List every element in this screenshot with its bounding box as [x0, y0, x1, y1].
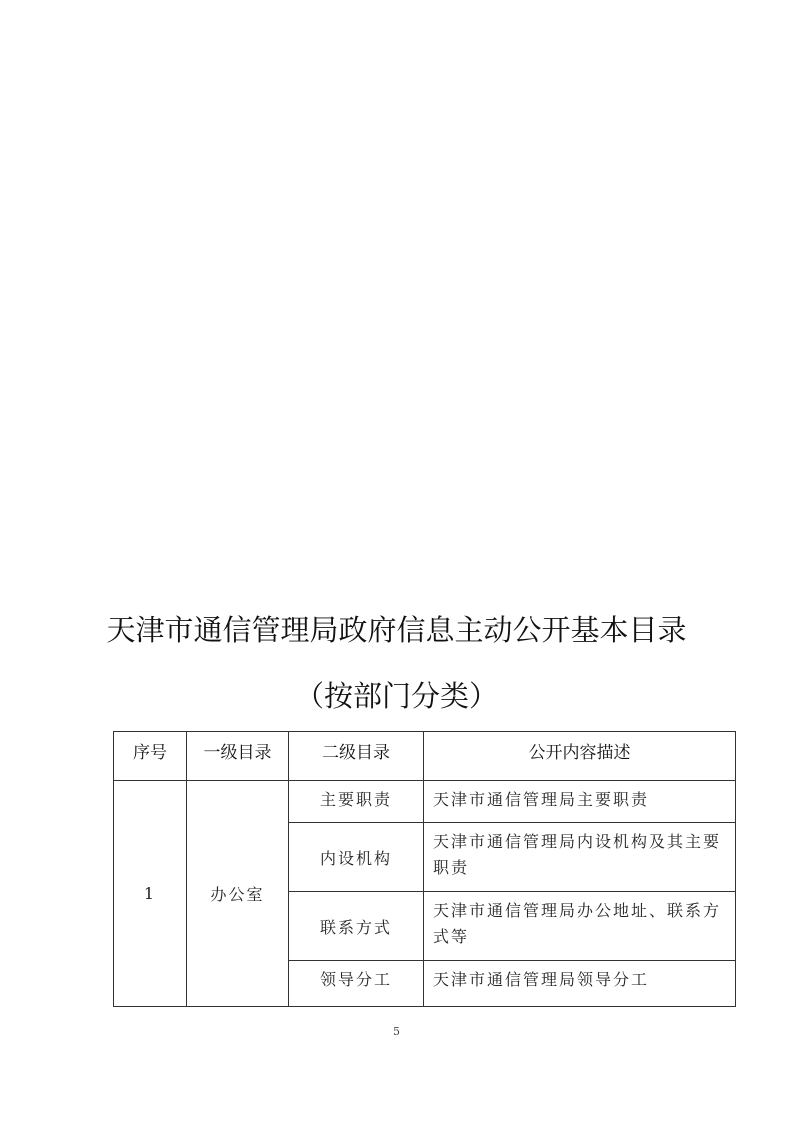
header-description: 公开内容描述	[424, 732, 736, 781]
header-level1: 一级目录	[187, 732, 289, 781]
row-description: 天津市通信管理局办公地址、联系方式等	[424, 892, 736, 961]
header-index: 序号	[114, 732, 187, 781]
row-index: 1	[114, 781, 187, 1007]
row-level2: 领导分工	[289, 961, 424, 1007]
header-level2: 二级目录	[289, 732, 424, 781]
row-description: 天津市通信管理局内设机构及其主要职责	[424, 823, 736, 892]
row-level1: 办公室	[187, 781, 289, 1007]
row-description: 天津市通信管理局主要职责	[424, 781, 736, 823]
row-level2: 联系方式	[289, 892, 424, 961]
document-title: 天津市通信管理局政府信息主动公开基本目录	[0, 608, 793, 649]
catalog-table: 序号 一级目录 二级目录 公开内容描述 1 办公室 主要职责 天津市通信管理局主…	[113, 731, 736, 1007]
table-header-row: 序号 一级目录 二级目录 公开内容描述	[114, 732, 736, 781]
row-level2: 内设机构	[289, 823, 424, 892]
row-description: 天津市通信管理局领导分工	[424, 961, 736, 1007]
table-row: 1 办公室 主要职责 天津市通信管理局主要职责	[114, 781, 736, 823]
row-level2: 主要职责	[289, 781, 424, 823]
document-subtitle: （按部门分类）	[0, 674, 793, 715]
page-number: 5	[0, 1025, 793, 1038]
